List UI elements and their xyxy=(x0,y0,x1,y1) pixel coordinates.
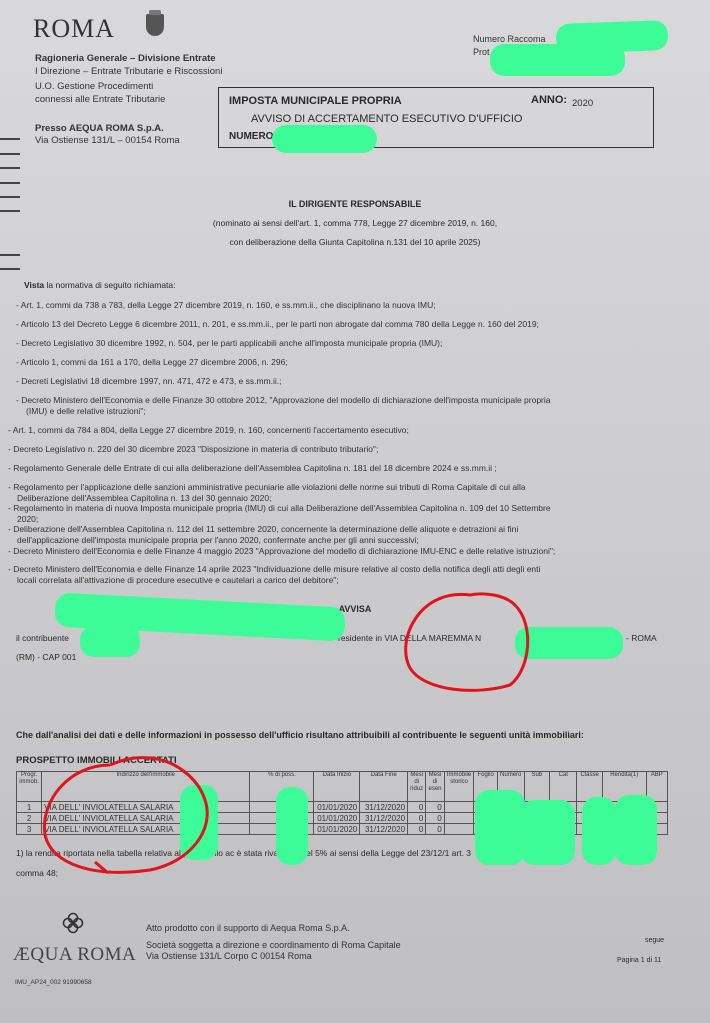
table-cell: VIA DELL' INVIOLATELLA SALARIA xyxy=(42,813,250,824)
table-cell: 0 xyxy=(426,824,444,835)
dirigente-title: IL DIRIGENTE RESPONSABILE xyxy=(0,199,710,209)
dept-line: connessi alle Entrate Tributarie xyxy=(35,94,222,107)
dirigente-subtitle: con deliberazione della Giunta Capitolin… xyxy=(0,237,710,247)
aequa-flower-icon xyxy=(62,912,84,934)
table-cell xyxy=(444,802,474,813)
col-header: Cat xyxy=(550,772,577,802)
vista-rest: la normativa di seguito richiamata: xyxy=(44,280,175,290)
norm-item: - Decreto Ministero dell'Economia e dell… xyxy=(16,395,551,406)
norm-item: - Decreto Legislativo n. 220 del 30 dice… xyxy=(8,444,378,455)
col-header: Mesi di esen xyxy=(426,772,444,802)
rendita-note-cont: comma 48; xyxy=(16,868,58,878)
table-cell: 0 xyxy=(408,813,426,824)
redaction-mark xyxy=(515,627,623,659)
contribuente-label: il contribuente xyxy=(16,633,69,643)
table-cell: VIA DELL' INVIOLATELLA SALARIA xyxy=(42,824,250,835)
col-header: Immobile storico xyxy=(444,772,474,802)
tax-name: IMPOSTA MUNICIPALE PROPRIA xyxy=(229,95,402,107)
document-code: IMU_AP24_002 91990658 xyxy=(15,979,92,986)
margin-mark xyxy=(0,182,20,184)
norm-item: - Articolo 13 del Decreto Legge 6 dicemb… xyxy=(16,319,539,330)
dept-line: I Direzione – Entrate Tributarie e Risco… xyxy=(35,66,222,79)
aequa-roma-logo: ÆQUA ROMA xyxy=(13,944,136,966)
redaction-mark xyxy=(582,797,616,865)
redaction-mark xyxy=(615,795,657,865)
footer-line: Atto prodotto con il supporto di Aequa R… xyxy=(146,923,401,935)
margin-mark xyxy=(0,254,20,256)
anno-label: ANNO: xyxy=(531,94,567,106)
table-header-row: Progr. immob. Indirizzo dell'immobile % … xyxy=(17,772,668,802)
segue-label: segue xyxy=(645,937,664,944)
residence-city: - ROMA xyxy=(626,633,657,643)
table-cell: 0 xyxy=(426,813,444,824)
norm-item-cont: 2020; xyxy=(17,514,38,525)
presso-title: Presso AEQUA ROMA S.p.A. xyxy=(35,123,180,135)
dept-line: Ragioneria Generale – Divisione Entrate xyxy=(35,53,222,66)
norm-item: - Deliberazione dell'Assemblea Capitolin… xyxy=(8,524,518,535)
numero-label: NUMERO xyxy=(229,131,273,142)
norm-item: - Art. 1, commi da 784 a 804, della Legg… xyxy=(8,425,409,436)
immobili-intro: Che dall'analisi dei dati e delle inform… xyxy=(16,730,584,740)
dept-line: U.O. Gestione Procedimenti xyxy=(35,81,222,94)
col-header: Data Inizio xyxy=(314,772,360,802)
redaction-mark xyxy=(520,800,575,865)
table-cell: VIA DELL' INVIOLATELLA SALARIA xyxy=(42,802,250,813)
col-header: Indirizzo dell'immobile xyxy=(42,772,250,802)
redaction-mark xyxy=(490,44,625,76)
presso-address: Via Ostiense 131/L – 00154 Roma xyxy=(35,135,180,147)
redaction-mark xyxy=(80,625,140,657)
margin-mark xyxy=(0,196,20,198)
footer-line: Via Ostiense 131/L Corpo C 00154 Roma xyxy=(146,951,401,963)
margin-mark xyxy=(0,210,20,212)
immobili-title: PROSPETTO IMMOBILI ACCERTATI xyxy=(16,755,177,766)
norm-item: - Decreto Ministero dell'Economia e dell… xyxy=(8,546,555,557)
cap-line: (RM) - CAP 001 xyxy=(16,652,76,662)
norm-item: - Regolamento per l'applicazione delle s… xyxy=(8,482,526,493)
table-cell: 31/12/2020 xyxy=(360,802,408,813)
col-header: Mesi di riduz xyxy=(408,772,426,802)
norm-item: - Decreto Legislativo 30 dicembre 1992, … xyxy=(16,338,442,349)
margin-mark xyxy=(0,268,20,270)
vista-bold: Vista xyxy=(24,280,44,290)
table-cell: 01/01/2020 xyxy=(314,813,360,824)
vista-intro: Vista la normativa di seguito richiamata… xyxy=(24,280,176,290)
dirigente-subtitle: (nominato ai sensi dell'art. 1, comma 77… xyxy=(0,218,710,228)
norm-item-cont: dell'applicazione dell'imposta municipal… xyxy=(17,535,419,546)
doc-type: AVVISO DI ACCERTAMENTO ESECUTIVO D'UFFIC… xyxy=(251,113,522,125)
presso-block: Presso AEQUA ROMA S.p.A. Via Ostiense 13… xyxy=(35,123,180,147)
anno-value: 2020 xyxy=(572,98,593,109)
margin-mark xyxy=(0,167,20,169)
table-cell: 0 xyxy=(408,802,426,813)
redaction-mark xyxy=(276,787,308,865)
table-cell: 0 xyxy=(426,802,444,813)
table-cell: 01/01/2020 xyxy=(314,802,360,813)
norm-item: - Decreti Legislativi 18 dicembre 1997, … xyxy=(16,376,282,387)
table-cell xyxy=(444,824,474,835)
table-cell: 1 xyxy=(17,802,42,813)
norm-item-cont: locali correlata all'attivazione di proc… xyxy=(17,575,339,586)
residence-address: VIA DELLA MAREMMA N xyxy=(384,633,481,643)
redaction-mark xyxy=(180,785,218,860)
table-cell: 2 xyxy=(17,813,42,824)
margin-mark xyxy=(0,138,20,140)
rendita-note: 1) la rendita riportata nella tabella re… xyxy=(16,848,471,858)
norm-item: - Regolamento in materia di nuova Impost… xyxy=(8,503,551,514)
norm-item: - Regolamento Generale delle Entrate di … xyxy=(8,463,497,474)
department-block: Ragioneria Generale – Divisione Entrate … xyxy=(35,53,222,106)
residente-label: residente in xyxy=(338,633,382,643)
margin-mark xyxy=(0,153,20,155)
page-number: Pagina 1 di 11 xyxy=(617,957,661,964)
footer-line: Società soggetta a direzione e coordinam… xyxy=(146,940,401,952)
norm-item: - Art. 1, commi da 738 a 783, della Legg… xyxy=(16,300,436,311)
redaction-mark xyxy=(272,125,377,153)
col-header: Sub xyxy=(524,772,549,802)
table-cell: 01/01/2020 xyxy=(314,824,360,835)
table-cell: 3 xyxy=(17,824,42,835)
norm-item-cont: Deliberazione dell'Assemblea Capitolina … xyxy=(17,493,271,504)
table-cell: 31/12/2020 xyxy=(360,813,408,824)
col-header: Progr. immob. xyxy=(17,772,42,802)
norm-item: - Decreto Ministero dell'Economia e dell… xyxy=(8,564,540,575)
residence-line: residente in VIA DELLA MAREMMA N xyxy=(338,633,481,643)
redaction-mark xyxy=(475,790,525,865)
table-cell xyxy=(444,813,474,824)
norm-item-cont: (IMU) e delle relative istruzioni"; xyxy=(26,406,146,417)
footer-text: Atto prodotto con il supporto di Aequa R… xyxy=(146,923,401,963)
col-header: Data Fine xyxy=(360,772,408,802)
norm-item: - Articolo 1, commi da 161 a 170, della … xyxy=(16,357,288,368)
table-cell: 0 xyxy=(408,824,426,835)
roma-crest-icon xyxy=(146,14,164,36)
table-cell: 31/12/2020 xyxy=(360,824,408,835)
roma-logo: ROMA xyxy=(33,14,115,44)
